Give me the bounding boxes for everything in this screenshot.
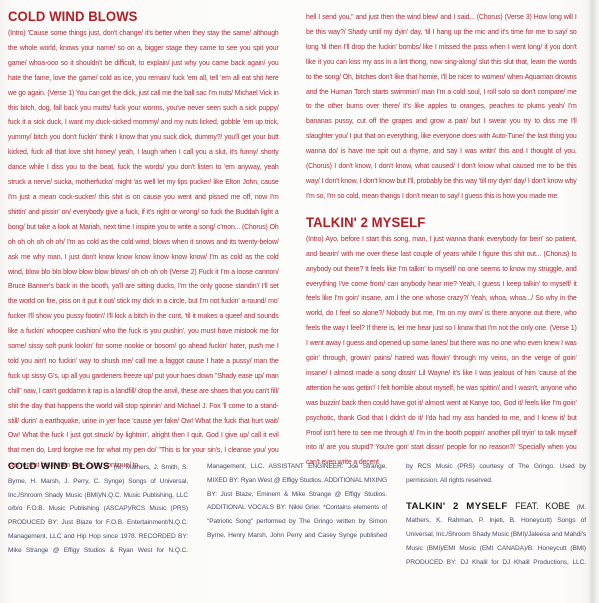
lyrics-talkin-2-myself: (Intro) Ayo, before I start this song, m… [306,232,577,471]
song-title-talkin-2-myself: TALKIN' 2 MYSELF [306,214,577,232]
lyrics-cold-wind-blows-part1: (Intro) 'Cause some things just, don't c… [8,26,279,473]
lyrics-column-right: hell I send you," and just then the wind… [306,10,577,470]
song-title-cold-wind-blows: COLD WIND BLOWS [8,8,279,26]
lyrics-cold-wind-blows-part2: hell I send you," and just then the wind… [306,10,577,204]
credit-featuring: FEAT. KOBE [515,501,577,511]
credit-title: COLD WIND BLOWS [8,461,114,472]
liner-notes-page: COLD WIND BLOWS (Intro) 'Cause some thin… [0,0,599,603]
credit-title: TALKIN' 2 MYSELF [406,501,515,512]
lyrics-column-left: COLD WIND BLOWS (Intro) 'Cause some thin… [8,8,279,473]
credits-section: COLD WIND BLOWS (M. Mathers, J. Smith, S… [8,460,586,570]
